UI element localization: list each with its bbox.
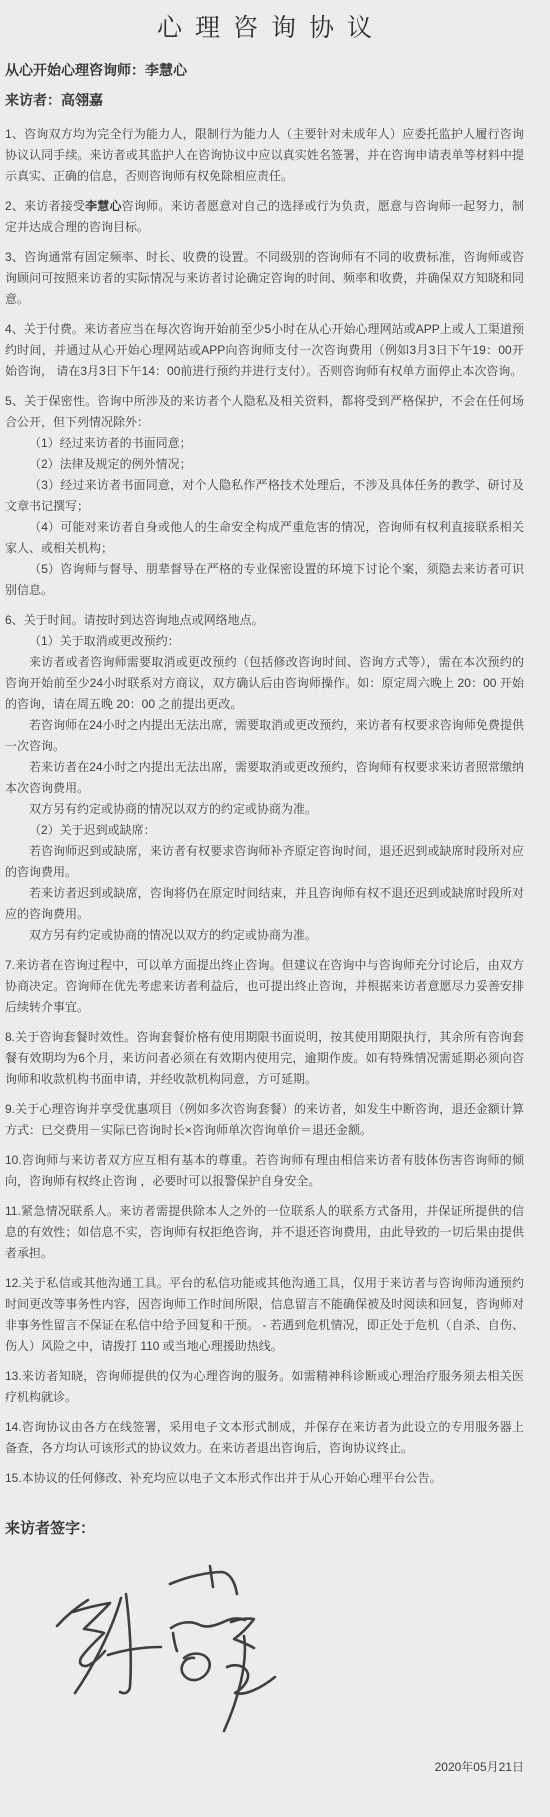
clause-2-counselor-name: 李慧心 bbox=[85, 199, 122, 213]
page-title: 心理咨询协议 bbox=[5, 8, 524, 44]
agreement-document: 心理咨询协议 从心开始心理咨询师：李慧心 来访者：高翎嘉 1、咨询双方均为完全行… bbox=[0, 0, 550, 1817]
clause-6-item-1: （1）关于取消或更改预约： bbox=[5, 631, 524, 652]
clause-6-item-4: 若来访者在24小时之内提出无法出席，需要取消或更改预约，咨询师有权要求来访者照常… bbox=[5, 757, 524, 799]
clause-5: 5、关于保密性。咨询中所涉及的来访者个人隐私及相关资料，都将受到严格保护，不会在… bbox=[5, 391, 524, 601]
counselor-label: 从心开始心理咨询师： bbox=[5, 62, 145, 78]
clause-5-item-2: （2）法律及规定的例外情况； bbox=[5, 454, 524, 475]
clause-15: 15.本协议的任何修改、补充均应以电子文本形式作出并于从心开始心理平台公告。 bbox=[5, 1468, 524, 1489]
signature-date: 2020年05月21日 bbox=[5, 1758, 524, 1775]
signature-label: 来访者签字： bbox=[5, 1517, 524, 1538]
clause-14: 14.咨询协议由各方在线签署，采用电子文本形式制成，并保存在来访者为此设立的专用… bbox=[5, 1417, 524, 1459]
clause-6-item-2: 来访者或者咨询师需要取消或更改预约（包括修改咨询时间、咨询方式等），需在本次预约… bbox=[5, 652, 524, 715]
clause-7: 7.来访者在咨询过程中，可以单方面提出终止咨询。但建议在咨询中与咨询师充分讨论后… bbox=[5, 955, 524, 1018]
clause-5-item-3: （3）经过来访者书面同意，对个人隐私作严格技术处理后，不涉及具体任务的教学、研讨… bbox=[5, 475, 524, 517]
clause-5-item-5: （5）咨询师与督导、朋辈督导在严格的专业保密设置的环境下讨论个案，须隐去来访者可… bbox=[5, 559, 524, 601]
visitor-line: 来访者：高翎嘉 bbox=[5, 90, 524, 110]
clause-1: 1、咨询双方均为完全行为能力人，限制行为能力人（主要针对未成年人）应委托监护人履… bbox=[5, 124, 524, 187]
clause-2: 2、来访者接受李慧心咨询师。来访者愿意对自己的选择或行为负责，愿意与咨询师一起努… bbox=[5, 196, 524, 238]
clause-4: 4、关于付费。来访者应当在每次咨询开始前至少5小时在从心开始心理网站或APP上或… bbox=[5, 319, 524, 382]
counselor-line: 从心开始心理咨询师：李慧心 bbox=[5, 60, 524, 80]
clause-8: 8.关于咨询套餐时效性。咨询套餐价格有使用期限书面说明，按其使用期限执行，其余所… bbox=[5, 1027, 524, 1090]
clause-6-item-6: （2）关于迟到或缺席： bbox=[5, 820, 524, 841]
clause-6-intro: 6、关于时间。请按时到达咨询地点或网络地点。 bbox=[5, 610, 524, 631]
clause-5-intro: 5、关于保密性。咨询中所涉及的来访者个人隐私及相关资料，都将受到严格保护，不会在… bbox=[5, 391, 524, 433]
clause-5-item-1: （1）经过来访者的书面同意； bbox=[5, 433, 524, 454]
clause-6-item-5: 双方另有约定或协商的情况以双方的约定或协商为准。 bbox=[5, 799, 524, 820]
clause-13: 13.来访者知晓，咨询师提供的仅为心理咨询的服务。如需精神科诊断或心理治疗服务须… bbox=[5, 1366, 524, 1408]
signature-area bbox=[5, 1542, 524, 1754]
clause-2-prefix: 2、来访者接受 bbox=[5, 199, 85, 213]
clause-6: 6、关于时间。请按时到达咨询地点或网络地点。 （1）关于取消或更改预约： 来访者… bbox=[5, 610, 524, 946]
visitor-name: 高翎嘉 bbox=[61, 92, 103, 108]
signature-handwriting bbox=[27, 1548, 307, 1748]
clause-list: 1、咨询双方均为完全行为能力人，限制行为能力人（主要针对未成年人）应委托监护人履… bbox=[5, 124, 524, 1489]
clause-6-item-7: 若咨询师迟到或缺席，来访者有权要求咨询师补齐原定咨询时间，退还迟到或缺席时段所对… bbox=[5, 841, 524, 883]
clause-6-item-9: 双方另有约定或协商的情况以双方的约定或协商为准。 bbox=[5, 925, 524, 946]
clause-6-item-8: 若来访者迟到或缺席，咨询将仍在原定时间结束，并且咨询师有权不退还迟到或缺席时段所… bbox=[5, 883, 524, 925]
clause-5-item-4: （4）可能对来访者自身或他人的生命安全构成严重危害的情况，咨询师有权利直接联系相… bbox=[5, 517, 524, 559]
clause-6-item-3: 若咨询师在24小时之内提出无法出席，需要取消或更改预约，来访者有权要求咨询师免费… bbox=[5, 715, 524, 757]
clause-3: 3、咨询通常有固定频率、时长、收费的设置。不同级别的咨询师有不同的收费标准，咨询… bbox=[5, 247, 524, 310]
clause-12: 12.关于私信或其他沟通工具。平台的私信功能或其他沟通工具，仅用于来访者与咨询师… bbox=[5, 1273, 524, 1357]
clause-10: 10.咨询师与来访者双方应互相有基本的尊重。若咨询师有理由相信来访者有肢体伤害咨… bbox=[5, 1150, 524, 1192]
clause-9: 9.关于心理咨询并享受优惠项目（例如多次咨询套餐）的来访者，如发生中断咨询，退还… bbox=[5, 1099, 524, 1141]
visitor-label: 来访者： bbox=[5, 92, 61, 108]
clause-11: 11.紧急情况联系人。来访者需提供除本人之外的一位联系人的联系方式备用，并保证所… bbox=[5, 1201, 524, 1264]
counselor-name: 李慧心 bbox=[145, 62, 187, 78]
